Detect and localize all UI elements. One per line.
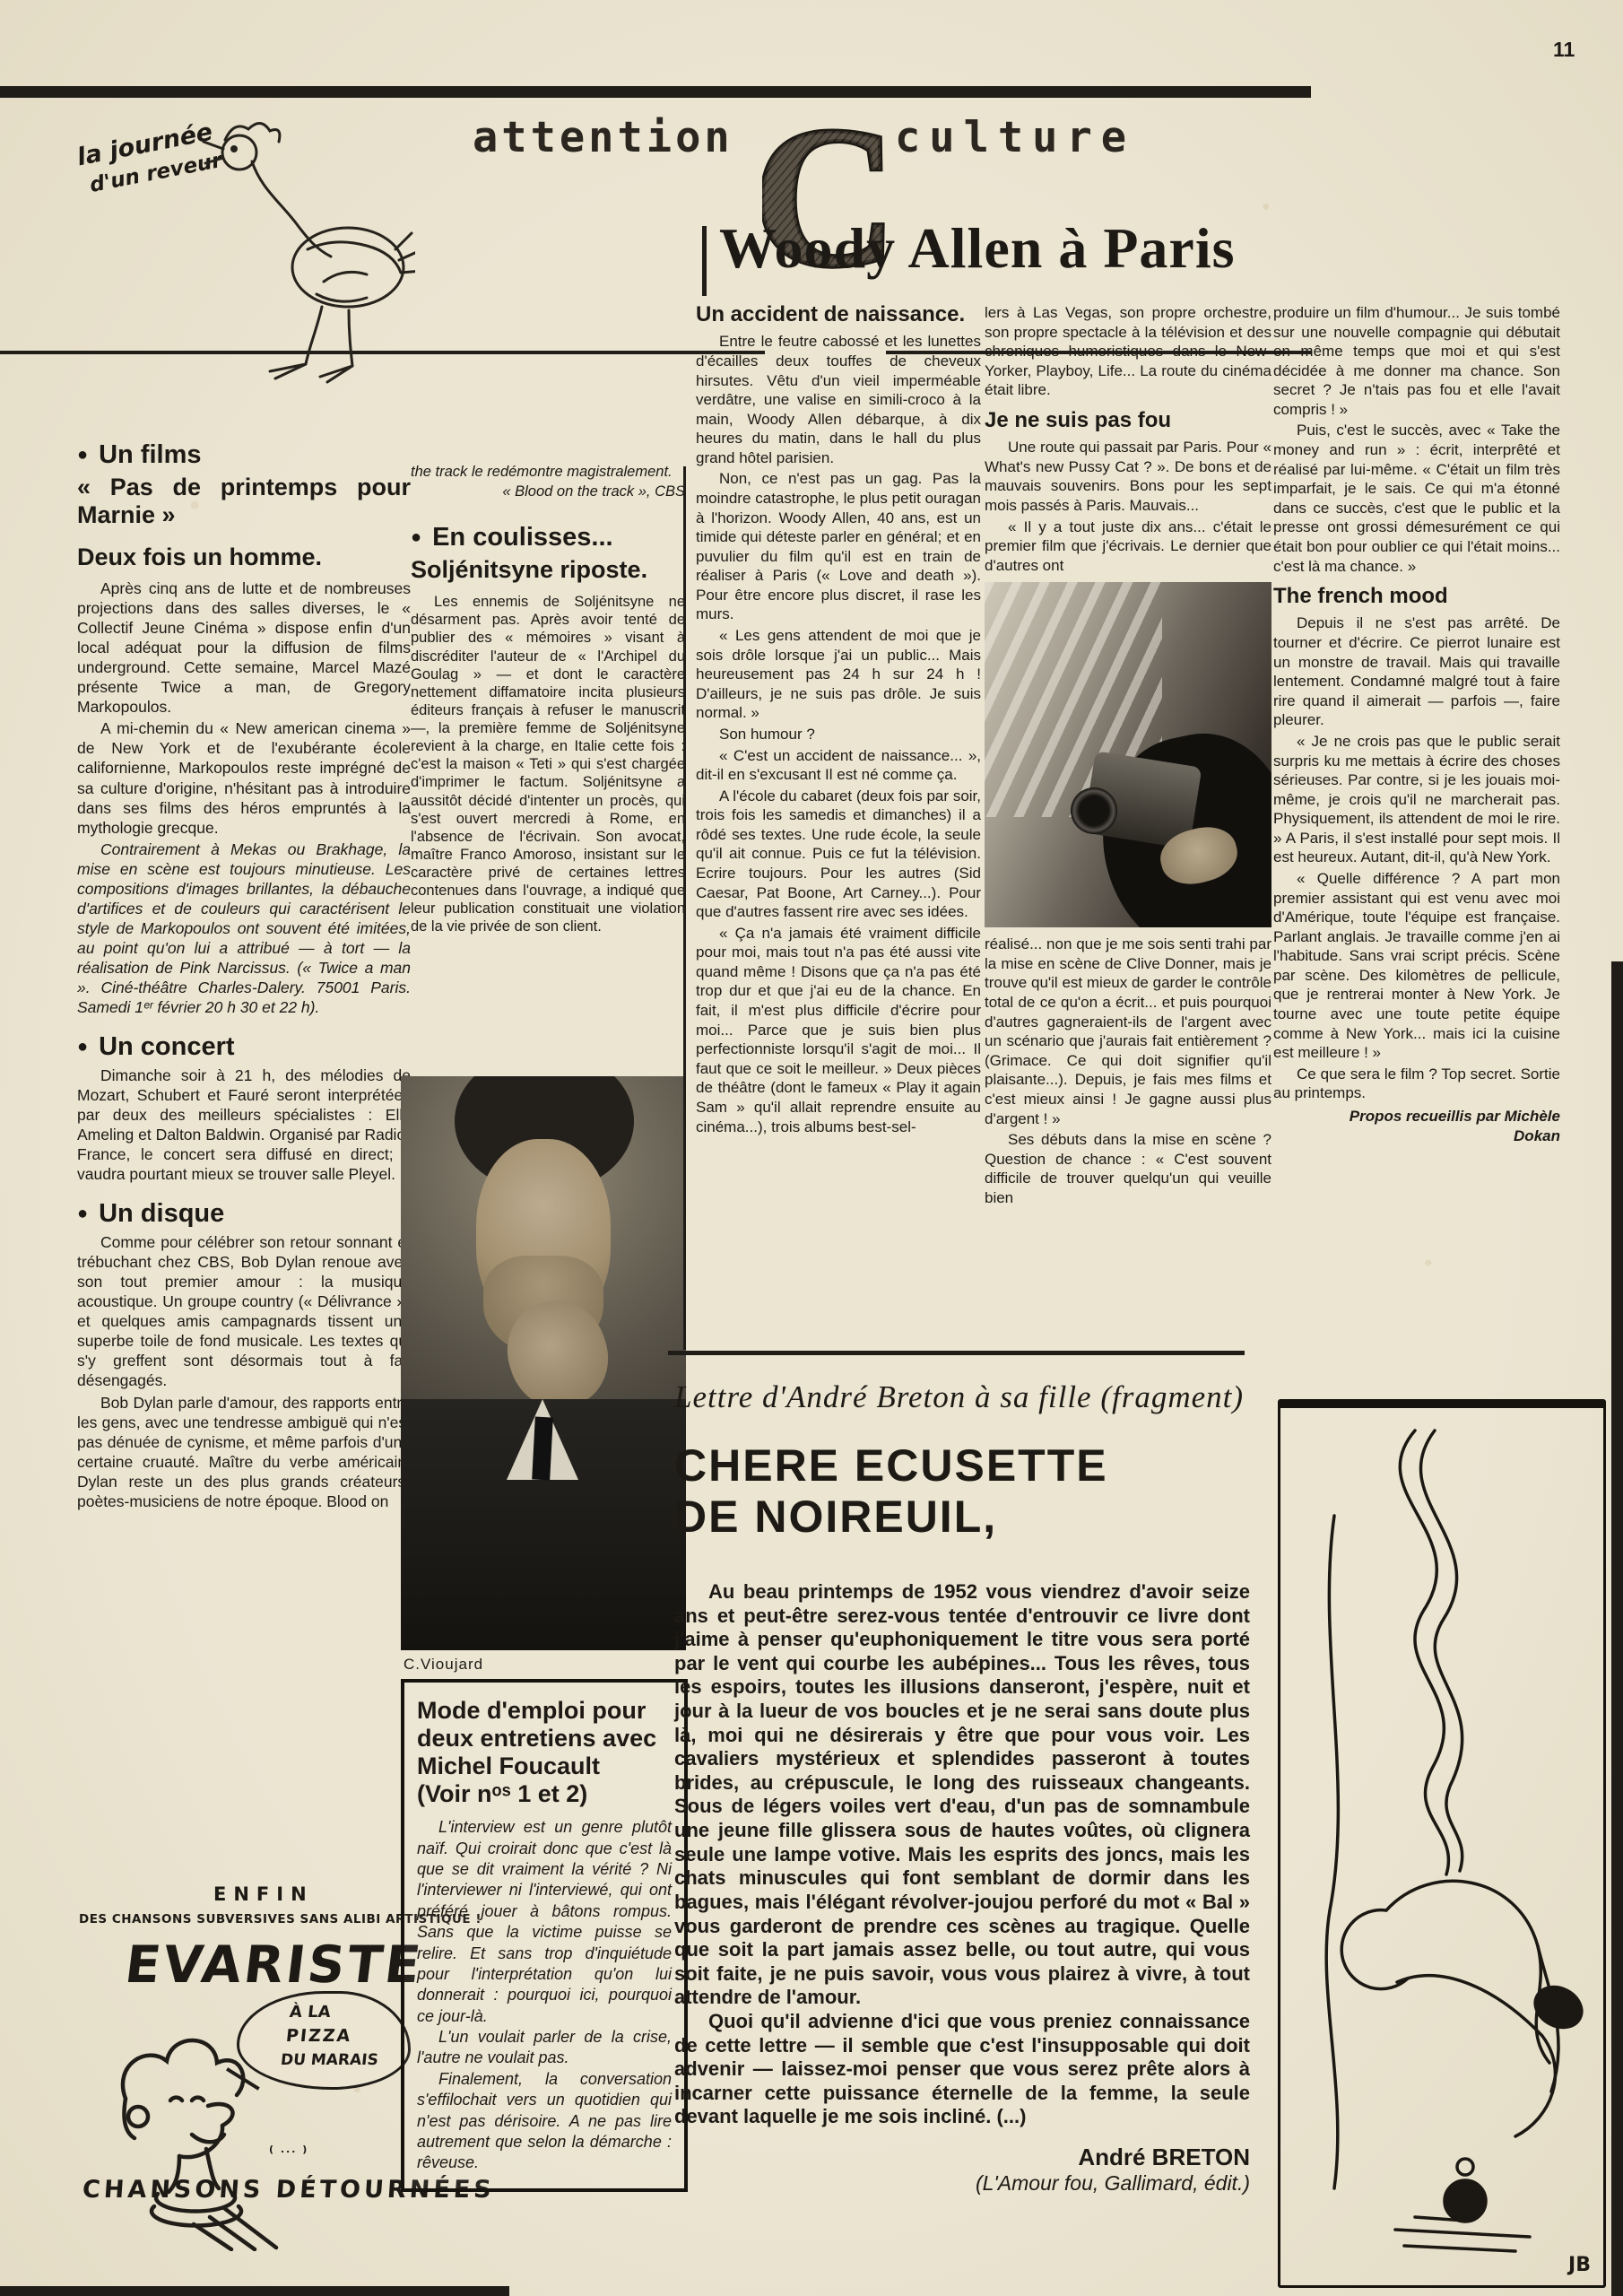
woody-col3: produire un film d'humour... Je suis tom… [1273,303,1560,1145]
woody-title: Woody Allen à Paris [719,215,1236,282]
films-paragraph: A mi-chemin du « New american cinema » d… [77,718,411,837]
woody-col2-subhead: Je ne suis pas fou [985,409,1271,432]
article-bottom-rule [668,1351,1245,1355]
woody-paragraph: Depuis il ne s'est pas arrêté. De tourne… [1273,613,1560,729]
breton-paragraph: Au beau printemps de 1952 vous viendrez … [674,1580,1250,2010]
section-concert: ● Un concert Dimanche soir à 21 h, des m… [77,1033,411,1184]
dylan-continuation: the track le redémontre magistralement. [411,463,685,481]
breton-paragraph: Quoi qu'il advienne d'ici que vous preni… [674,2010,1250,2129]
bullet-icon: ● [411,527,421,547]
evariste-tiny-note: ( ... ) [269,2144,308,2155]
films-heading: Un films [99,441,201,470]
speech-bubble: À LA PIZZA DU MARAIS [237,1991,411,2090]
evariste-ad: ENFIN DES CHANSONS SUBVERSIVES SANS ALIB… [79,1883,420,2287]
foucault-body: L'interview est un genre plutôt naïf. Qu… [417,1817,672,2174]
woody-paragraph: Puis, c'est le succès, avec « Take the m… [1273,421,1560,576]
foucault-paragraph: L'interview est un genre plutôt naïf. Qu… [417,1817,672,2027]
woody-col1-subhead: Un accident de naissance. [696,303,981,326]
solzhenitsyn-photo [401,1076,686,1650]
woody-col1: Un accident de naissance. Entre le feutr… [696,303,981,1138]
page-edge-bottom [0,2286,509,2296]
surreal-illustration: JB [1278,1399,1606,2288]
woody-paragraph: Ses débuts dans la mise en scène ? Quest… [985,1130,1271,1207]
concert-paragraph: Dimanche soir à 21 h, des mélodies de Mo… [77,1065,411,1184]
woody-paragraph: Une route qui passait par Paris. Pour « … [985,438,1271,515]
foucault-paragraph: Finalement, la conversation s'effilochai… [417,2069,672,2174]
section-disque: ● Un disque Comme pour célébrer son reto… [77,1200,411,1511]
evariste-name: EVARISTE [122,1935,426,1995]
foucault-box: Mode d'emploi pour deux entretiens avec … [401,1679,688,2192]
woody-paragraph: « Les gens attendent de moi que je sois … [696,626,981,723]
coulisses-heading-row: ● En coulisses... [411,524,685,552]
byline: Propos recueillis par Michèle Dokan [1273,1107,1560,1145]
woody-paragraph: « Il y a tout juste dix ans... c'était l… [985,517,1271,576]
masthead-word-attention: attention [473,113,733,162]
woody-col2: lers à Las Vegas, son propre orchestre, … [985,303,1271,1209]
left-column: ● Un films « Pas de printemps pour Marni… [77,441,411,1513]
woody-paragraph: « Je ne crois pas que le public serait s… [1273,732,1560,867]
woody-paragraph: Son humour ? [696,725,981,744]
films-subheading: « Pas de printemps pour Marnie » [77,474,411,529]
films-subtitle: Deux fois un homme. [77,544,411,571]
coulisses-subheading: Soljénitsyne riposte. [411,556,685,584]
bird-doodle-icon [173,106,415,384]
surreal-drawing-icon [1280,1408,1598,2267]
page-edge-right [1611,961,1623,2296]
woody-allen-photo [985,582,1271,927]
illustrator-signature: JB [1568,2254,1591,2276]
breton-title-line1: CHERE ECUSETTE [674,1440,1250,1492]
breton-kicker: Lettre d'André Breton à sa fille (fragme… [674,1379,1250,1415]
foucault-title: Mode d'emploi pour deux entretiens avec … [417,1697,672,1780]
photo-camera-lens [1071,787,1117,834]
bubble-line: À LA [289,2003,332,2022]
foucault-paragraph: L'un voulait parler de la crise, l'autre… [417,2027,672,2069]
bullet-icon: ● [77,1037,88,1057]
bubble-line: PIZZA [285,2026,353,2046]
section-films: ● Un films « Pas de printemps pour Marni… [77,441,411,1017]
breton-signature: André BRETON [674,2144,1250,2171]
coulisses-paragraph: Les ennemis de Soljénitsyne ne désarment… [411,593,685,935]
breton-title-line2: DE NOIREUIL, [674,1492,1250,1543]
concert-heading: Un concert [99,1033,234,1062]
woody-paragraph: Entre le feutre cabossé et les lunettes … [696,332,981,467]
photo-credit: C.Vioujard [404,1656,483,1674]
bullet-icon: ● [77,445,88,465]
byline-line1: Propos recueillis par Michèle [1273,1107,1560,1126]
woody-paragraph: Ce que sera le film ? Top secret. Sortie… [1273,1065,1560,1103]
disque-paragraph: Comme pour célébrer son retour sonnant e… [77,1232,411,1390]
breton-body: Au beau printemps de 1952 vous viendrez … [674,1580,1250,2129]
woody-paragraph: produire un film d'humour... Je suis tom… [1273,303,1560,419]
breton-source: (L'Amour fou, Gallimard, édit.) [674,2171,1250,2196]
disque-paragraph: Bob Dylan parle d'amour, des rapports en… [77,1393,411,1511]
concert-heading-row: ● Un concert [77,1033,411,1062]
films-paragraph: Après cinq ans de lutte et de nombreuses… [77,578,411,717]
woody-paragraph: Non, ce n'est pas un gag. Pas la moindre… [696,469,981,624]
evariste-line1: ENFIN [213,1883,314,1905]
woody-paragraph: « Ça n'a jamais été vraiment difficile p… [696,924,981,1136]
dylan-credit: « Blood on the track », CBS [411,483,685,500]
bubble-line: DU MARAIS [280,2051,379,2069]
breton-letter: Lettre d'André Breton à sa fille (fragme… [674,1379,1250,2196]
woody-paragraph: réalisé... non que je me sois senti trah… [985,935,1271,1128]
breton-source-text: (L'Amour fou, Gallimard, édit.) [976,2171,1250,2195]
page-number: 11 [1553,38,1575,62]
masthead-word-culture: culture [895,113,1135,162]
woody-paragraph: « C'est un accident de naissance... », d… [696,746,981,785]
newspaper-page: 11 attention culture C C la journée d'un… [0,0,1623,2296]
woody-paragraph: lers à Las Vegas, son propre orchestre, … [985,303,1271,400]
films-paragraph: Contrairement à Mekas ou Brakhage, la mi… [77,839,411,1017]
woody-paragraph: A l'école du cabaret (deux fois par soir… [696,787,981,922]
films-heading-row: ● Un films [77,441,411,470]
disque-heading-row: ● Un disque [77,1200,411,1229]
photo-tie [532,1417,553,1481]
title-bar-rule [702,226,707,296]
masthead-rule-thick [0,86,1311,98]
middle-column: the track le redémontre magistralement. … [411,463,685,938]
woody-col3-subhead: The french mood [1273,585,1560,608]
dreamer-doodle-block: la journée d'un reveur [76,106,417,384]
woody-paragraph: « Quelle différence ? A part mon premier… [1273,869,1560,1063]
coulisses-heading: En coulisses... [432,524,612,552]
bullet-icon: ● [77,1204,88,1223]
foucault-title-note: (Voir nᵒˢ 1 et 2) [417,1780,672,1808]
byline-line2: Dokan [1273,1126,1560,1146]
disque-heading: Un disque [99,1200,224,1229]
column-divider-rule [683,466,686,1350]
